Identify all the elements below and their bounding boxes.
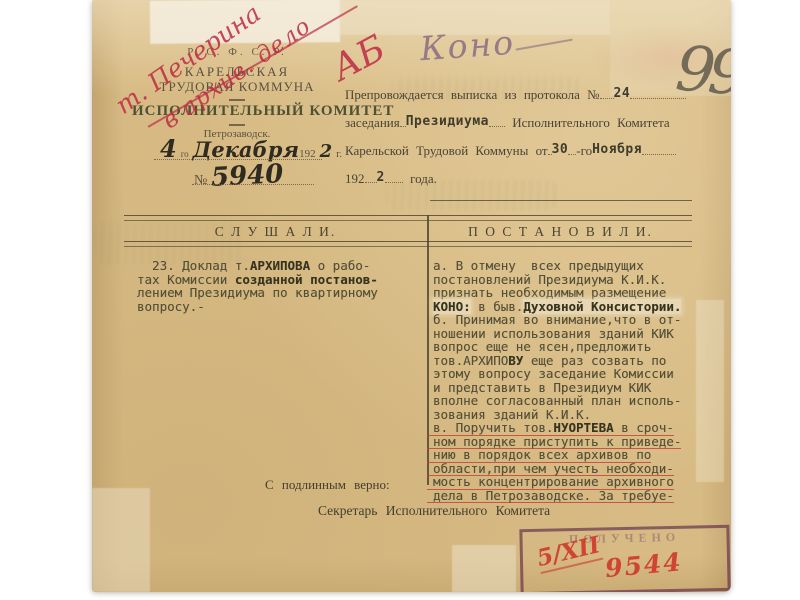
form-line-protocol-label: Препровождается выписка из протокола № xyxy=(345,87,600,102)
form-line-year: 1922 года. xyxy=(345,168,437,187)
session-month-typed: Ноября xyxy=(592,142,642,157)
typewritten-line: этому вопросу заседание Комиссии xyxy=(433,367,713,381)
session-day-typed: 30 xyxy=(552,142,569,157)
table-header-rule xyxy=(124,241,692,247)
certification-line: С подлинным верно: xyxy=(265,477,390,493)
number-value-handwritten: 5940 xyxy=(211,159,285,193)
typewritten-line: признать необходимым размещение xyxy=(433,286,713,300)
form-line-session-label: заседания xyxy=(345,115,400,130)
typewritten-line: 23. Доклад т.АРХИПОВА о рабо- xyxy=(137,259,425,273)
form-year-printed: 192 xyxy=(345,171,365,186)
typewritten-line: б. Принимая во внимание,что в от- xyxy=(433,313,713,327)
typewritten-line: дела в Петрозаводске. За требуе- xyxy=(433,489,713,503)
typewritten-line: тов.АРХИПОВУ еще раз созвать по xyxy=(433,354,713,368)
number-dotted-line xyxy=(192,184,314,185)
date-day-suffix: го xyxy=(181,149,189,159)
typewritten-line: мость концентрирование архивного xyxy=(433,475,713,489)
form-line-commune: Карельской Трудовой Коммуны от30-гоНоябр… xyxy=(345,140,676,159)
typewritten-line: вполне согласованный план исполь- xyxy=(433,394,713,408)
typewritten-line: зования зданий К.И.К. xyxy=(433,408,713,422)
received-stamp: ПОЛУЧЕНО 5/XII 9544 xyxy=(519,525,730,592)
session-body-typed: Президиума xyxy=(406,114,489,129)
form-line-commune-label: Карельской Трудовой Коммуны от xyxy=(345,143,548,158)
typewritten-line: вопрос еще не ясен,предложить xyxy=(433,340,713,354)
pencil-resolution-note: Коно xyxy=(419,23,517,69)
date-year-suffix: г. xyxy=(336,148,342,160)
resolved-column: а. В отмену всех предыдущихпостановлений… xyxy=(433,259,713,502)
form-line-session-tail: Исполнительного Комитета xyxy=(512,115,669,130)
typewritten-line: области,при чем учесть необходи- xyxy=(433,462,713,476)
form-rule-line xyxy=(430,200,692,201)
table-header-resolved: П О С Т А Н О В И Л И. xyxy=(429,224,692,240)
number-label: № xyxy=(194,173,207,188)
date-dotted-line xyxy=(154,159,322,160)
typewritten-line: а. В отмену всех предыдущих xyxy=(433,259,713,273)
typewritten-line: тах Комиссии созданной постанов- xyxy=(137,273,425,287)
form-year-digit-typed: 2 xyxy=(377,170,385,185)
typewritten-line: ношении использования зданий КИК xyxy=(433,327,713,341)
typewritten-line: в. Поручить тов.НУОРТЕВА в сроч- xyxy=(433,421,713,435)
typewritten-line: нию в порядок всех архивов по xyxy=(433,448,713,462)
typewritten-line: лением Президиума по квартирному xyxy=(137,286,425,300)
form-line-protocol: Препровождается выписка из протокола №24 xyxy=(345,84,686,103)
letterhead-ornament xyxy=(229,99,245,101)
table-top-rule xyxy=(124,215,692,221)
form-year-tail: года. xyxy=(410,171,437,186)
secretary-signature-line: Секретарь Исполнительного Комитета xyxy=(318,503,550,519)
form-line-go: -го xyxy=(576,143,592,158)
heard-column: 23. Доклад т.АРХИПОВА о рабо-тах Комисси… xyxy=(137,259,425,313)
typewritten-line: вопросу.- xyxy=(137,300,425,314)
typewritten-line: ном порядке приступить к приведе- xyxy=(433,435,713,449)
table-header-heard: С Л У Ш А Л И. xyxy=(124,224,427,240)
typewritten-line: КОНО: в быв.Духовной Консистории. xyxy=(433,300,713,314)
form-line-session: заседанияПрезидиума Исполнительного Коми… xyxy=(345,112,670,131)
typewritten-line: постановлений Президиума К.И.К. xyxy=(433,273,713,287)
tape-strip-bottom xyxy=(452,545,516,592)
scanned-document-page: Р. С. Ф. С. Р. КАРЕЛЬСКАЯ ТРУДОВАЯ КОММУ… xyxy=(0,0,800,600)
letterhead-ornament xyxy=(229,124,245,126)
letterhead-number-line: № 5940 xyxy=(194,161,284,191)
stamp-number-handwritten: 9544 xyxy=(604,547,684,583)
typewritten-line: и представить в Президиум КИК xyxy=(433,381,713,395)
tape-strip-bottom-left xyxy=(92,488,150,592)
protocol-number-typed: 24 xyxy=(614,86,631,101)
paper-sheet: Р. С. Ф. С. Р. КАРЕЛЬСКАЯ ТРУДОВАЯ КОММУ… xyxy=(92,0,731,592)
